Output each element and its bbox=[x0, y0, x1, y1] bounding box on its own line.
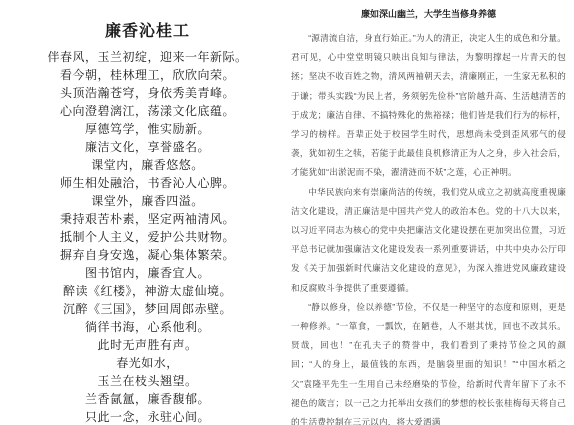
poem-line: 醉读《红楼》，神游太虚仙境。 bbox=[30, 282, 265, 300]
poem-line: 秉持艰苦朴素，坚定两袖清风。 bbox=[30, 210, 265, 228]
essay-page: 廉如深山幽兰，大学生当修身养德 “源清流自洁，身直行始正。”为人的清正，决定人生… bbox=[287, 0, 574, 425]
poem-line: 头顶浩瀚苍穹，身依秀美青峰。 bbox=[30, 84, 265, 102]
poem-line: 课堂外，廉香四溢。 bbox=[30, 192, 265, 210]
poem-line: 廉洁文化，享誉盛名。 bbox=[30, 138, 265, 156]
poem-line: 只此一念，永驻心间。 bbox=[30, 408, 265, 425]
poem-line: 此时无声胜有声。 bbox=[30, 336, 265, 354]
essay-paragraph: “源清流自洁，身直行始正。”为人的清正，决定人生的成色和分量。君可见，心中堂堂明… bbox=[291, 29, 566, 183]
essay-paragraph: “静以修身，俭以养德”节俭，不仅是一种坚守的态度和原则，更是一种修养。“一箪食，… bbox=[291, 298, 566, 425]
poem-page: 廉香沁桂工 伴春风，玉兰初绽，迎来一年新际。看今朝，桂林理工，欣欣向荣。头顶浩瀚… bbox=[0, 0, 287, 425]
poem-title: 廉香沁桂工 bbox=[30, 22, 265, 42]
poem-line: 伴春风，玉兰初绽，迎来一年新际。 bbox=[30, 48, 265, 66]
poem-line: 摒弃自身安逸，凝心集体繁荣。 bbox=[30, 246, 265, 264]
poem-line: 课堂内，廉香悠悠。 bbox=[30, 156, 265, 174]
poem-line: 图书馆内，廉香宜人。 bbox=[30, 264, 265, 282]
poem-line: 师生相处融洽，书香沁人心脾。 bbox=[30, 174, 265, 192]
poem-line: 春光如水， bbox=[30, 354, 265, 372]
essay-paragraph: 中华民族向来有崇廉尚洁的传统，我们党从成立之初就高度重视廉洁文化建设，清正廉洁是… bbox=[291, 183, 566, 298]
poem-line: 沉醉《三国》，梦回周郎赤壁。 bbox=[30, 300, 265, 318]
poem-line: 心向澄碧漓江，荡漾文化底蕴。 bbox=[30, 102, 265, 120]
poem-body: 伴春风，玉兰初绽，迎来一年新际。看今朝，桂林理工，欣欣向荣。头顶浩瀚苍穹，身依秀… bbox=[30, 48, 265, 425]
poem-line: 厚德笃学，惟实励新。 bbox=[30, 120, 265, 138]
document-canvas: 廉香沁桂工 伴春风，玉兰初绽，迎来一年新际。看今朝，桂林理工，欣欣向荣。头顶浩瀚… bbox=[0, 0, 574, 425]
poem-line: 玉兰在枝头翘望。 bbox=[30, 372, 265, 390]
poem-line: 兰香氤氲，廉香馥郁。 bbox=[30, 390, 265, 408]
essay-body: “源清流自洁，身直行始正。”为人的清正，决定人生的成色和分量。君可见，心中堂堂明… bbox=[291, 29, 566, 425]
poem-line: 徜徉书海，心系他利。 bbox=[30, 318, 265, 336]
essay-title: 廉如深山幽兰，大学生当修身养德 bbox=[291, 8, 566, 20]
poem-line: 抵制个人主义，爱护公共财物。 bbox=[30, 228, 265, 246]
poem-line: 看今朝，桂林理工，欣欣向荣。 bbox=[30, 66, 265, 84]
